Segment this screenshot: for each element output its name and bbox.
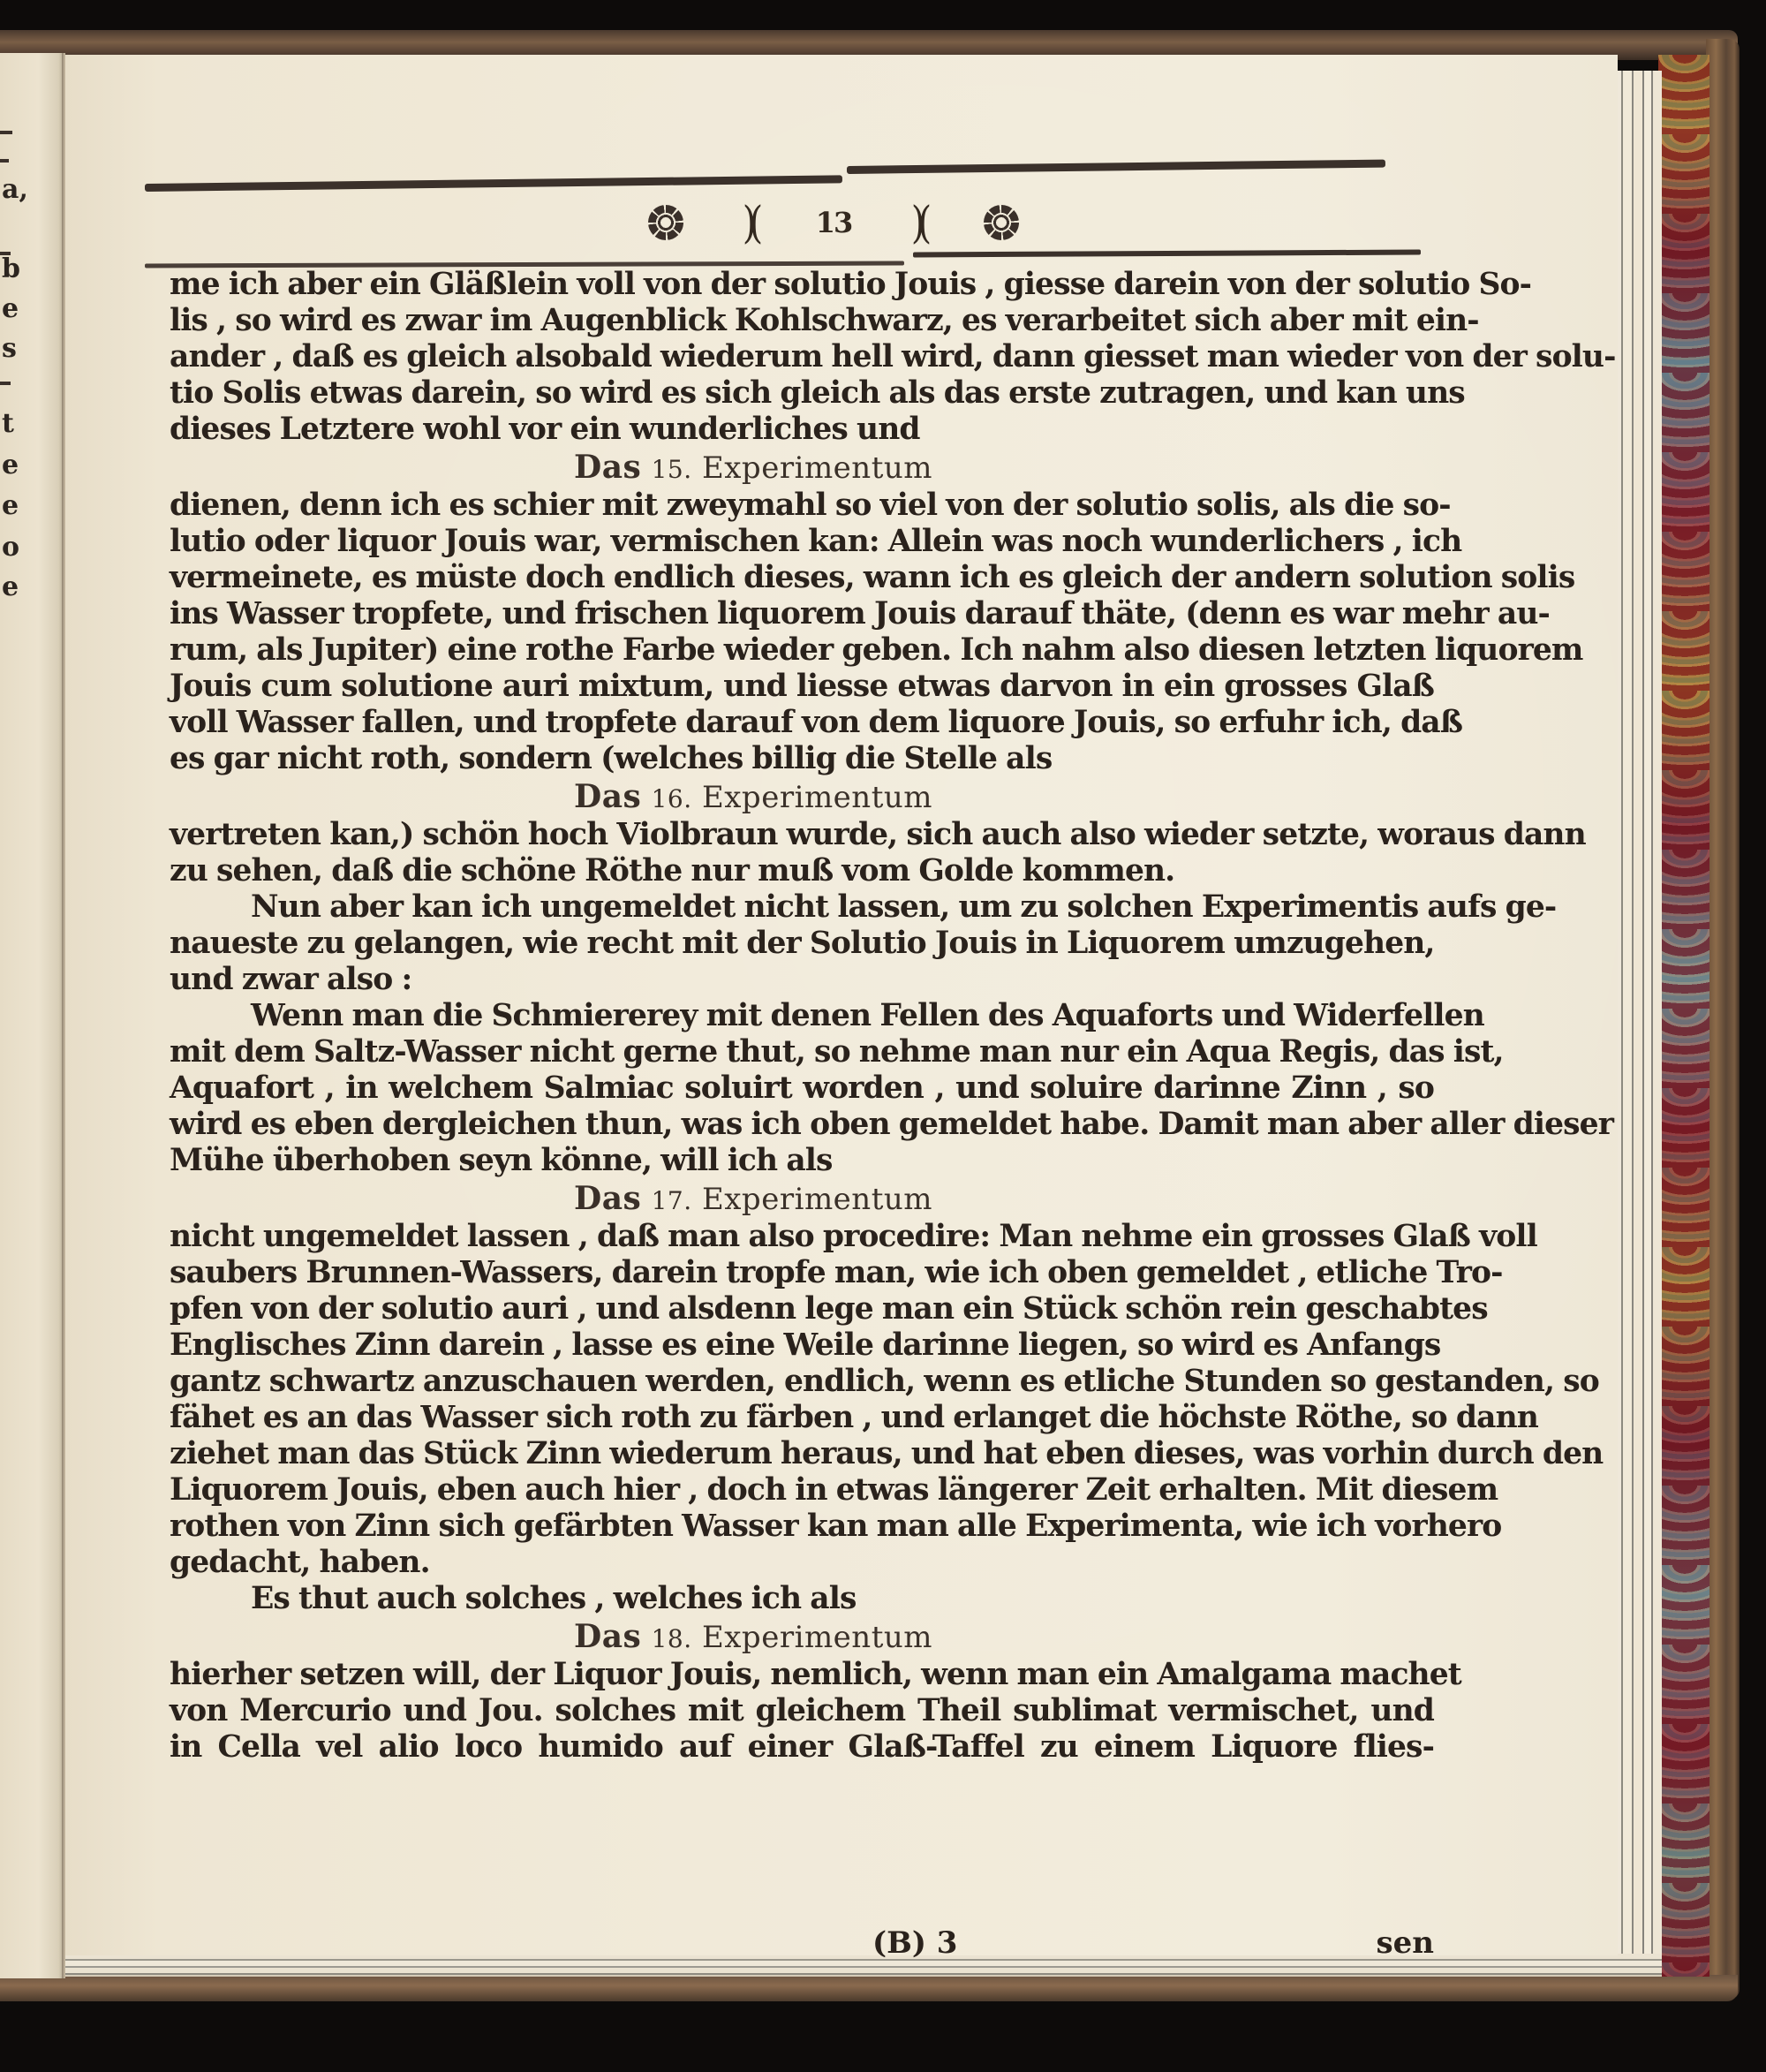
text-line: Es thut auch solches , welches ich als [170, 1581, 1434, 1617]
text-line: zu sehen, daß die schöne Röthe nur muß v… [170, 853, 1434, 889]
header-rule [847, 160, 1385, 174]
text-line: es gar nicht roth, sondern (welches bill… [170, 741, 1434, 777]
text-line: tio Solis etwas darein, so wird es sich … [170, 375, 1434, 412]
text-line: in Cella vel alio loco humido auf einer … [170, 1729, 1434, 1766]
text-line: rum, als Jupiter) eine rothe Farbe wiede… [170, 632, 1434, 669]
folio-line: )( 13 )( [648, 196, 1019, 249]
verso-text-fragment: e [2, 493, 19, 519]
verso-text-fragment: e [2, 574, 19, 601]
verso-text-fragment: a, [2, 177, 28, 203]
running-header: )( 13 )( [145, 108, 1452, 276]
text-line: rothen von Zinn sich gefärbten Wasser ka… [170, 1509, 1434, 1545]
text-line: Wenn man die Schmiererey mit denen Felle… [170, 998, 1434, 1034]
text-line: vermeinete, es müste doch endlich dieses… [170, 560, 1434, 596]
page-stack-fore-edge [1616, 71, 1662, 1964]
section-heading-experimentum-16: Das 16. Experimentum [170, 777, 1434, 817]
text-line: gedacht, haben. [170, 1545, 1434, 1581]
text-line: naueste zu gelangen, wie recht mit der S… [170, 926, 1434, 962]
verso-text-fragment: e [2, 452, 19, 479]
verso-text-fragment: o [2, 534, 19, 561]
section-heading-experimentum-15: Das 15. Experimentum [170, 448, 1434, 488]
signature-mark: (B) 3 [872, 1925, 957, 1961]
rosette-ornament-icon [984, 205, 1019, 240]
verso-text-fragment: s [2, 336, 17, 362]
text-line: mit dem Saltz-Wasser nicht gerne thut, s… [170, 1034, 1434, 1070]
text-line: me ich aber ein Gläßlein voll von der so… [170, 267, 1434, 303]
text-line: pfen von der solutio auri , und alsdenn … [170, 1291, 1434, 1327]
text-line: Jouis cum solutione auri mixtum, und lie… [170, 669, 1434, 705]
header-rule [145, 175, 842, 192]
text-line: lis , so wird es zwar im Augenblick Kohl… [170, 303, 1434, 339]
book-cover-right-edge [1706, 39, 1740, 2000]
header-rule [913, 249, 1421, 257]
text-line: dienen, denn ich es schier mit zweymahl … [170, 488, 1434, 524]
text-line: Liquorem Jouis, eben auch hier , doch in… [170, 1472, 1434, 1509]
text-line: hierher setzen will, der Liquor Jouis, n… [170, 1657, 1434, 1693]
bracket-ornament: )( [911, 200, 925, 245]
verso-header-rule [0, 131, 12, 134]
marbled-page-edge [1658, 55, 1709, 1977]
text-line: ander , daß es gleich alsobald wiederum … [170, 339, 1434, 375]
book-cover-bottom-edge [0, 1975, 1738, 2001]
text-line: und zwar also : [170, 962, 1434, 998]
text-line: lutio oder liquor Jouis war, vermischen … [170, 524, 1434, 560]
rosette-ornament-icon [648, 205, 683, 240]
text-line: fähet es an das Wasser sich roth zu färb… [170, 1400, 1434, 1436]
recto-page: )( 13 )( me ich aber ein Gläßlein voll v… [65, 55, 1618, 1955]
page-footer: (B) 3 sen [170, 1925, 1434, 1970]
text-line: wird es eben dergleichen thun, was ich o… [170, 1107, 1434, 1143]
text-line: gantz schwartz anzuschauen werden, endli… [170, 1364, 1434, 1400]
bracket-ornament: )( [743, 200, 756, 245]
verso-text-fragment: t [2, 411, 14, 437]
verso-text-fragment [0, 382, 11, 385]
section-heading-experimentum-18: Das 18. Experimentum [170, 1617, 1434, 1657]
verso-text-fragment: b [2, 256, 20, 283]
page-number: 13 [816, 206, 852, 239]
section-heading-experimentum-17: Das 17. Experimentum [170, 1179, 1434, 1219]
body-text: me ich aber ein Gläßlein voll von der so… [170, 267, 1434, 1766]
text-line: vertreten kan,) schön hoch Violbraun wur… [170, 817, 1434, 853]
text-line: Mühe überhoben seyn könne, will ich als [170, 1143, 1434, 1179]
catchword: sen [1377, 1925, 1435, 1961]
text-line: Englisches Zinn darein , lasse es eine W… [170, 1327, 1434, 1364]
text-line: ziehet man das Stück Zinn wiederum herau… [170, 1436, 1434, 1472]
text-line: ins Wasser tropfete, und frischen liquor… [170, 596, 1434, 632]
text-line: nicht ungemeldet lassen , daß man also p… [170, 1219, 1434, 1255]
verso-text-fragment: e [2, 296, 19, 322]
verso-header-rule [0, 159, 9, 163]
text-line: Aquafort , in welchem Salmiac soluirt wo… [170, 1070, 1434, 1107]
text-line: Nun aber kan ich ungemeldet nicht lassen… [170, 889, 1434, 926]
verso-page-sliver: a, b e s t e e o e [0, 53, 64, 1978]
text-line: saubers Brunnen-Wassers, darein tropfe m… [170, 1255, 1434, 1291]
text-line: dieses Letztere wohl vor ein wunderliche… [170, 412, 1434, 448]
text-line: von Mercurio und Jou. solches mit gleich… [170, 1693, 1434, 1729]
text-line: voll Wasser fallen, und tropfete darauf … [170, 705, 1434, 741]
